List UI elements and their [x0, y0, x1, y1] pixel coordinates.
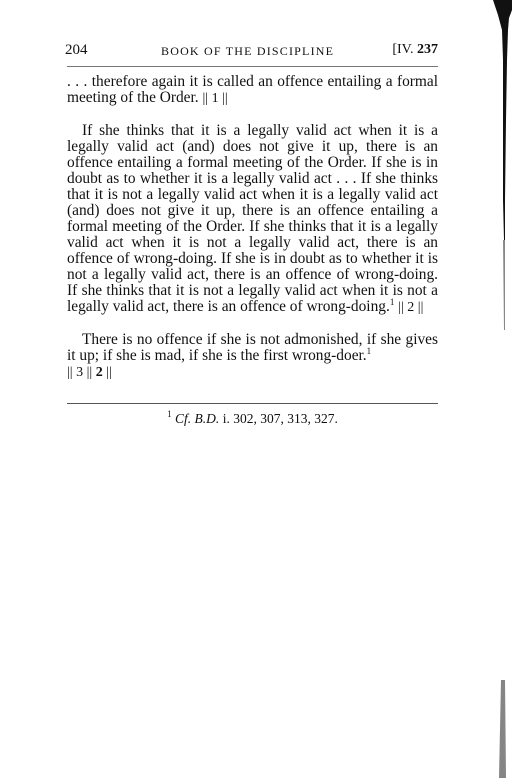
paragraph-text: There is no offence if she is not admoni… — [67, 331, 438, 364]
body-text: . . . therefore again it is called an of… — [67, 74, 438, 381]
verse-marker: || 2 || — [398, 300, 423, 315]
paragraph-2: If she thinks that it is a legally valid… — [67, 123, 438, 316]
header-rule — [67, 66, 438, 67]
running-title: BOOK OF THE DISCIPLINE — [161, 41, 334, 61]
verse-marker: || 1 || — [203, 91, 228, 106]
scan-edge-shadow — [472, 0, 512, 778]
footnote-reference: i. 302, 307, 313, 327. — [223, 411, 338, 426]
footnote-ref[interactable]: 1 — [390, 297, 395, 307]
paragraph-3: There is no offence if she is not admoni… — [67, 332, 438, 381]
section-reference: [IV. 237 — [392, 40, 438, 60]
running-head: 204 BOOK OF THE DISCIPLINE [IV. 237 — [67, 40, 438, 60]
paragraph-text: If she thinks that it is a legally valid… — [67, 122, 438, 315]
section-number: 237 — [417, 42, 438, 57]
section-prefix: [IV. — [392, 42, 413, 57]
footnote-rule — [67, 403, 438, 404]
page-number: 204 — [65, 40, 88, 60]
footnote-abbrev: Cf. B.D. — [175, 411, 219, 426]
book-page: 204 BOOK OF THE DISCIPLINE [IV. 237 . . … — [67, 40, 438, 427]
footnote-ref[interactable]: 1 — [367, 346, 372, 356]
paragraph-1: . . . therefore again it is called an of… — [67, 74, 438, 107]
footnote: 1 Cf. B.D. i. 302, 307, 313, 327. — [67, 411, 438, 427]
footnote-number: 1 — [167, 409, 172, 419]
paragraph-text: . . . therefore again it is called an of… — [67, 73, 438, 106]
verse-marker: || 3 || 2 || — [67, 365, 112, 380]
